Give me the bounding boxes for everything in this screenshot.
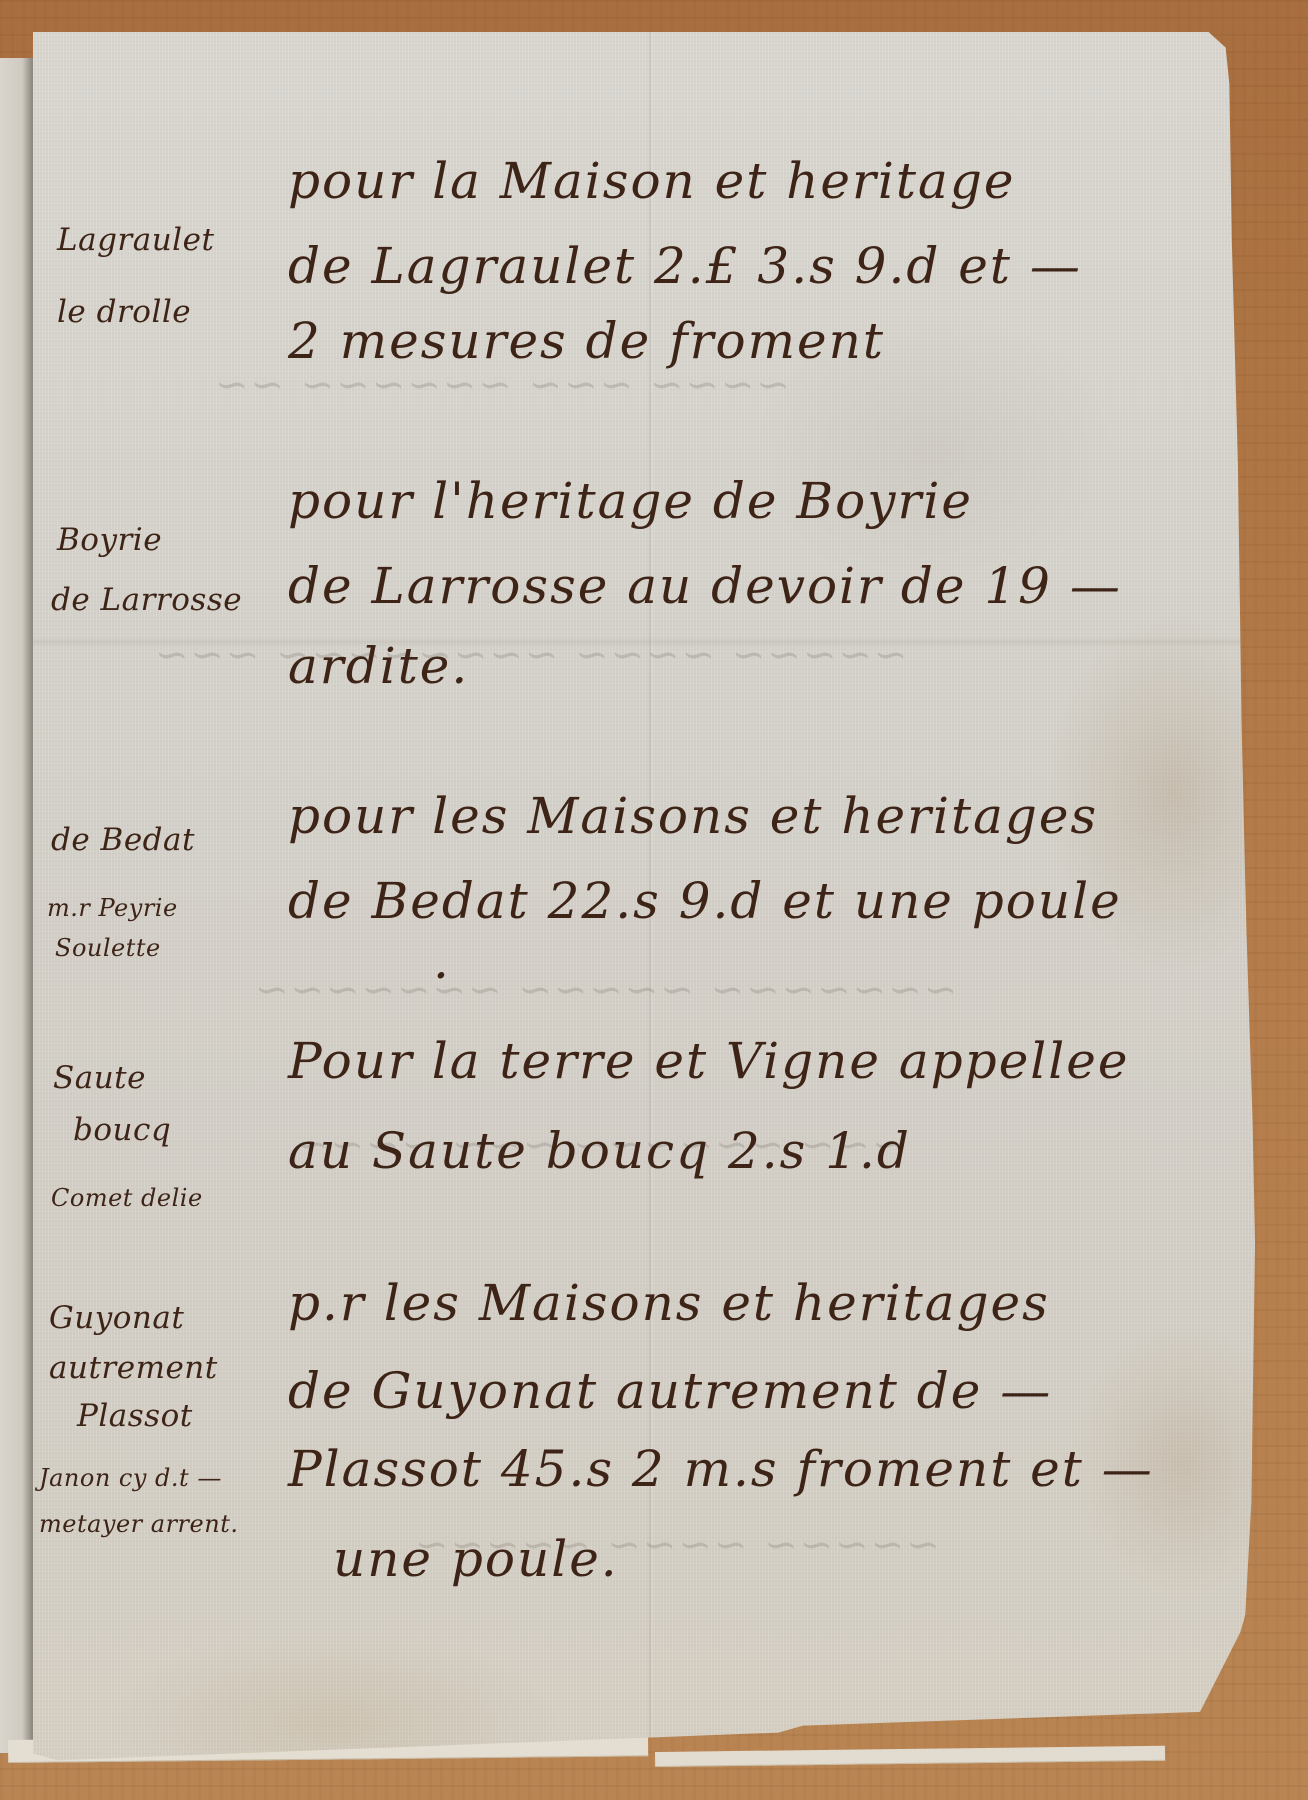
margin-note: Soulette [55, 934, 161, 962]
entry-line: de Lagraulet 2.£ 3.s 9.d et — [288, 237, 1082, 295]
entry-line: 2 mesures de froment [288, 312, 885, 370]
manuscript-page: ~~~~ ~~~ ~~~~~~ ~~ ~~~~~ ~~~~ ~~~~~~~~ ~… [33, 32, 1255, 1762]
entry-line: pour l'heritage de Boyrie [288, 472, 973, 530]
margin-note: Lagraulet [57, 222, 214, 258]
entry-line: de Bedat 22.s 9.d et une poule [288, 872, 1122, 930]
margin-note: boucq [73, 1112, 171, 1148]
margin-note: de Larrosse [51, 582, 242, 618]
entry-line: p.r les Maisons et heritages [288, 1274, 1050, 1332]
entry-line: pour les Maisons et heritages [288, 787, 1098, 845]
margin-note: autrement [49, 1350, 218, 1386]
entry-line: une poule. [333, 1530, 619, 1588]
entry-line: Plassot 45.s 2 m.s froment et — [288, 1440, 1154, 1498]
margin-note: Guyonat [49, 1300, 184, 1336]
margin-note: Plassot [77, 1398, 193, 1434]
bleed-through-text: ~~~~~ ~~~~ ~~~~~~~~ ~~~ [153, 632, 907, 678]
bleed-through-text: ~~~~~~~ ~~~~~ ~~~~~~~ [253, 967, 957, 1013]
margin-note: de Bedat [51, 822, 195, 858]
entry-line: Pour la terre et Vigne appellee [288, 1032, 1129, 1090]
entry-line: ardite. [288, 637, 469, 695]
margin-note: le drolle [57, 294, 191, 330]
margin-note: Comet delie [51, 1184, 203, 1212]
margin-note: metayer arrent. [39, 1510, 238, 1538]
margin-note: Janon cy d.t — [39, 1464, 222, 1492]
entry-line: au Saute boucq 2.s 1.d [288, 1122, 911, 1180]
underlying-sheet-bottom-edge-right [655, 1746, 1165, 1767]
margin-note: Boyrie [57, 522, 162, 558]
margin-note: m.r Peyrie [47, 894, 178, 922]
entry-line: . [433, 932, 451, 990]
margin-note: Saute [53, 1060, 146, 1096]
entry-line: de Guyonat autrement de — [288, 1362, 1052, 1420]
entry-line: pour la Maison et heritage [288, 152, 1015, 210]
entry-line: de Larrosse au devoir de 19 — [288, 557, 1122, 615]
